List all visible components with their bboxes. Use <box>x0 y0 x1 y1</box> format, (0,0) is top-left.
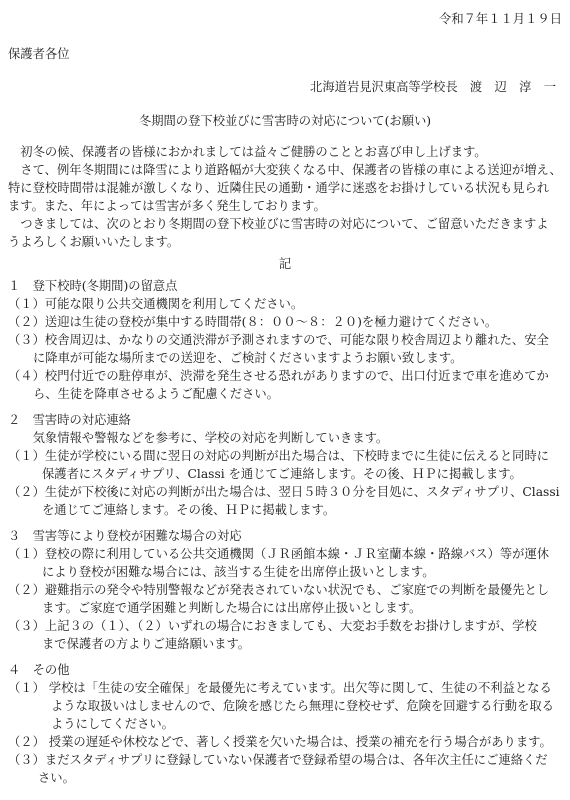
addressee: 保護者各位 <box>8 45 562 63</box>
section-heading: ３ 雪害等により登校が困難な場合の対応 <box>8 527 562 545</box>
list-item: （１）生徒が学校にいる間に翌日の対応の判断が出た場合は、下校時までに生徒に伝える… <box>8 447 562 483</box>
list-item: （１）可能な限り公共交通機関を利用してください。 <box>8 295 562 313</box>
document-title: 冬期間の登下校並びに雪害時の対応について(お願い) <box>8 112 562 130</box>
list-item: （３）上記３の（１）、（２）いずれの場合におきましても、大変お手数をお掛けします… <box>8 617 562 653</box>
section-4: ４ その他（１） 学校は「生徒の安全確保」を最優先に考えています。出欠等に関して… <box>8 661 562 787</box>
document-page: 令和７年１１月１９日 保護者各位 北海道岩見沢東高等学校長 渡 辺 淳 一 冬期… <box>0 0 570 800</box>
section-intro: 気象情報や警報などを参考に、学校の対応を判断していきます。 <box>8 429 562 447</box>
section-heading: ２ 雪害時の対応連絡 <box>8 411 562 429</box>
sections-container: １ 登下校時(冬期間)の留意点（１）可能な限り公共交通機関を利用してください。（… <box>8 277 562 787</box>
greeting-paragraphs: 初冬の候、保護者の皆様におかれましては益々ご健勝のこととお喜び申し上げます。 さ… <box>8 143 562 251</box>
sender-signature: 北海道岩見沢東高等学校長 渡 辺 淳 一 <box>8 78 562 96</box>
section-3: ３ 雪害等により登校が困難な場合の対応（１）登校の際に利用している公共交通機関（… <box>8 527 562 653</box>
list-item: （３）まだスタディサプリに登録していない保護者で登録希望の場合は、各年次主任にご… <box>8 751 562 787</box>
list-item: （３）校舎周辺は、かなりの交通渋滞が予測されますので、可能な限り校舎周辺より離れ… <box>8 331 562 367</box>
list-item: （１）登校の際に利用している公共交通機関（ＪＲ函館本線・ＪＲ室蘭本線・路線バス）… <box>8 545 562 581</box>
list-item: （４）校門付近での駐停車が、渋滞を発生させる恐れがありますので、出口付近まで車を… <box>8 367 562 403</box>
list-item: （１） 学校は「生徒の安全確保」を最優先に考えています。出欠等に関して、生徒の不… <box>8 679 562 733</box>
list-item: （２）生徒が下校後に対応の判断が出た場合は、翌日５時３０分を目処に、スタディサプ… <box>8 483 562 519</box>
section-heading: ４ その他 <box>8 661 562 679</box>
list-item: （２）送迎は生徒の登校が集中する時間帯(８：００～８：２０)を極力避けてください… <box>8 313 562 331</box>
section-2: ２ 雪害時の対応連絡 気象情報や警報などを参考に、学校の対応を判断していきます。… <box>8 411 562 519</box>
section-1: １ 登下校時(冬期間)の留意点（１）可能な限り公共交通機関を利用してください。（… <box>8 277 562 403</box>
list-item: （２） 授業の遅延や休校などで、著しく授業を欠いた場合は、授業の補充を行う場合が… <box>8 733 562 751</box>
document-date: 令和７年１１月１９日 <box>8 10 562 28</box>
list-item: （２）避難指示の発令や特別警報などが発表されていない状況でも、ご家庭での判断を最… <box>8 581 562 617</box>
record-marker: 記 <box>8 255 562 273</box>
section-heading: １ 登下校時(冬期間)の留意点 <box>8 277 562 295</box>
